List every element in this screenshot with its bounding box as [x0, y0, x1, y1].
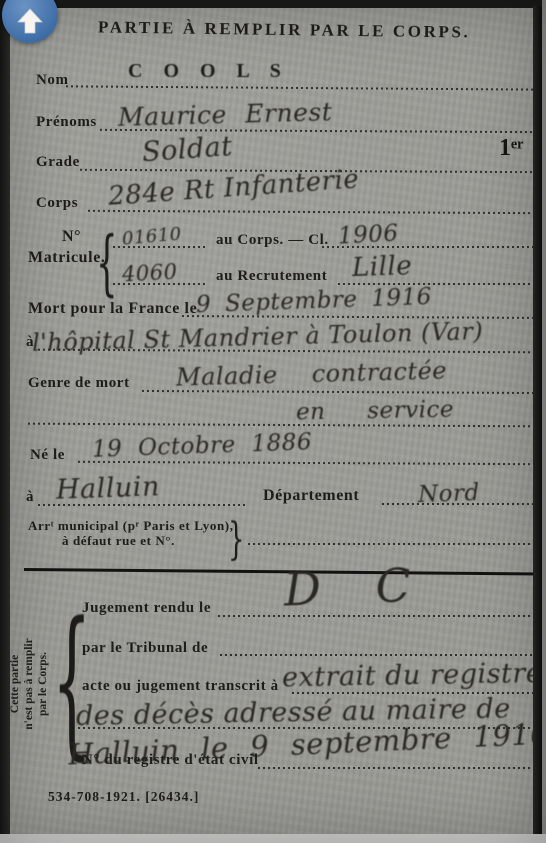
field-prenoms-label: Prénoms: [36, 114, 97, 131]
matricule-recrutement-label: au Recrutement: [216, 268, 327, 285]
field-mort-label: Mort pour la France le: [28, 300, 197, 318]
matricule-recrutement-number: 4060: [121, 260, 178, 287]
page-title: PARTIE À REMPLIR PAR LE CORPS.: [98, 17, 471, 42]
transcrit-value: extrait du registre: [282, 658, 543, 694]
side-note: Cette partie n'est pas à remplir par le …: [8, 596, 56, 772]
jugement-rendu-value: D C: [283, 557, 431, 616]
field-ne-a-value: Halluin: [55, 471, 160, 506]
field-genre-mort-value: Maladie contractée: [176, 356, 448, 391]
field-grade-value: Soldat: [141, 131, 234, 168]
transcrit-label: acte ou jugement transcrit à: [82, 678, 279, 695]
scroll-to-top-button[interactable]: [2, 0, 58, 43]
field-matricule-label-2: Matricule.: [28, 249, 106, 267]
dotted-line: [220, 654, 543, 656]
side-note-line-3: par le Corps.: [36, 596, 50, 772]
field-departement-value: Nord: [418, 480, 481, 508]
field-arr-label-1: Arrᵗ municipal (pʳ Paris et Lyon),: [28, 518, 234, 534]
registre-label: N° du registre d'état civil: [82, 752, 259, 769]
field-grade-label: Grade: [36, 154, 80, 171]
arr-brace: }: [228, 515, 245, 566]
field-nom-value: C O O L S: [128, 60, 289, 83]
scan-edge-bottom: [0, 834, 546, 843]
matricule-classe-value: 1906: [337, 220, 399, 249]
tribunal-label: par le Tribunal de: [82, 640, 208, 657]
field-nom-label: Nom: [36, 72, 69, 89]
dotted-line: [248, 543, 543, 545]
field-ne-a-label: à: [26, 489, 34, 506]
side-note-line-2: n'est pas à remplir: [22, 596, 36, 772]
field-genre-mort-value-2: en service: [296, 397, 454, 426]
dotted-line: [66, 85, 543, 90]
record-card-scan: PARTIE À REMPLIR PAR LE CORPS. Nom C O O…: [0, 0, 546, 843]
field-prenoms-value: Maurice Ernest: [118, 97, 333, 132]
matricule-brace: {: [96, 222, 118, 306]
field-matricule-label-1: N°: [62, 228, 81, 246]
scan-edge-left: [0, 0, 10, 834]
jugement-rendu-label: Jugement rendu le: [82, 600, 211, 617]
scan-edge-right-sliver: [542, 0, 546, 843]
field-genre-mort-label: Genre de mort: [28, 375, 130, 392]
dotted-line: [258, 767, 543, 769]
dotted-line: [28, 423, 543, 428]
dotted-line: [218, 615, 543, 617]
scan-edge-top: [0, 0, 546, 8]
side-note-line-1: Cette partie: [8, 596, 22, 772]
dotted-line: [338, 283, 543, 285]
arrow-up-icon: [17, 8, 43, 34]
field-arr-label-2: à défaut rue et N°.: [62, 533, 175, 549]
footer-reference: 534-708-1921. [26434.]: [48, 789, 199, 805]
matricule-corps-label: au Corps. — Cl.: [216, 232, 329, 249]
field-ne-le-value: 19 Octobre 1886: [92, 429, 313, 463]
dotted-line: [78, 461, 543, 465]
field-ne-le-label: Né le: [30, 447, 65, 464]
scan-edge-right: [533, 6, 542, 834]
dotted-line: [88, 210, 543, 214]
class-stamp: 1ᵉʳ: [499, 135, 523, 162]
field-departement-label: Département: [263, 487, 359, 505]
matricule-recrutement-place: Lille: [351, 251, 412, 283]
field-corps-label: Corps: [36, 195, 78, 212]
field-mort-value: 9 Septembre 1916: [196, 284, 433, 318]
